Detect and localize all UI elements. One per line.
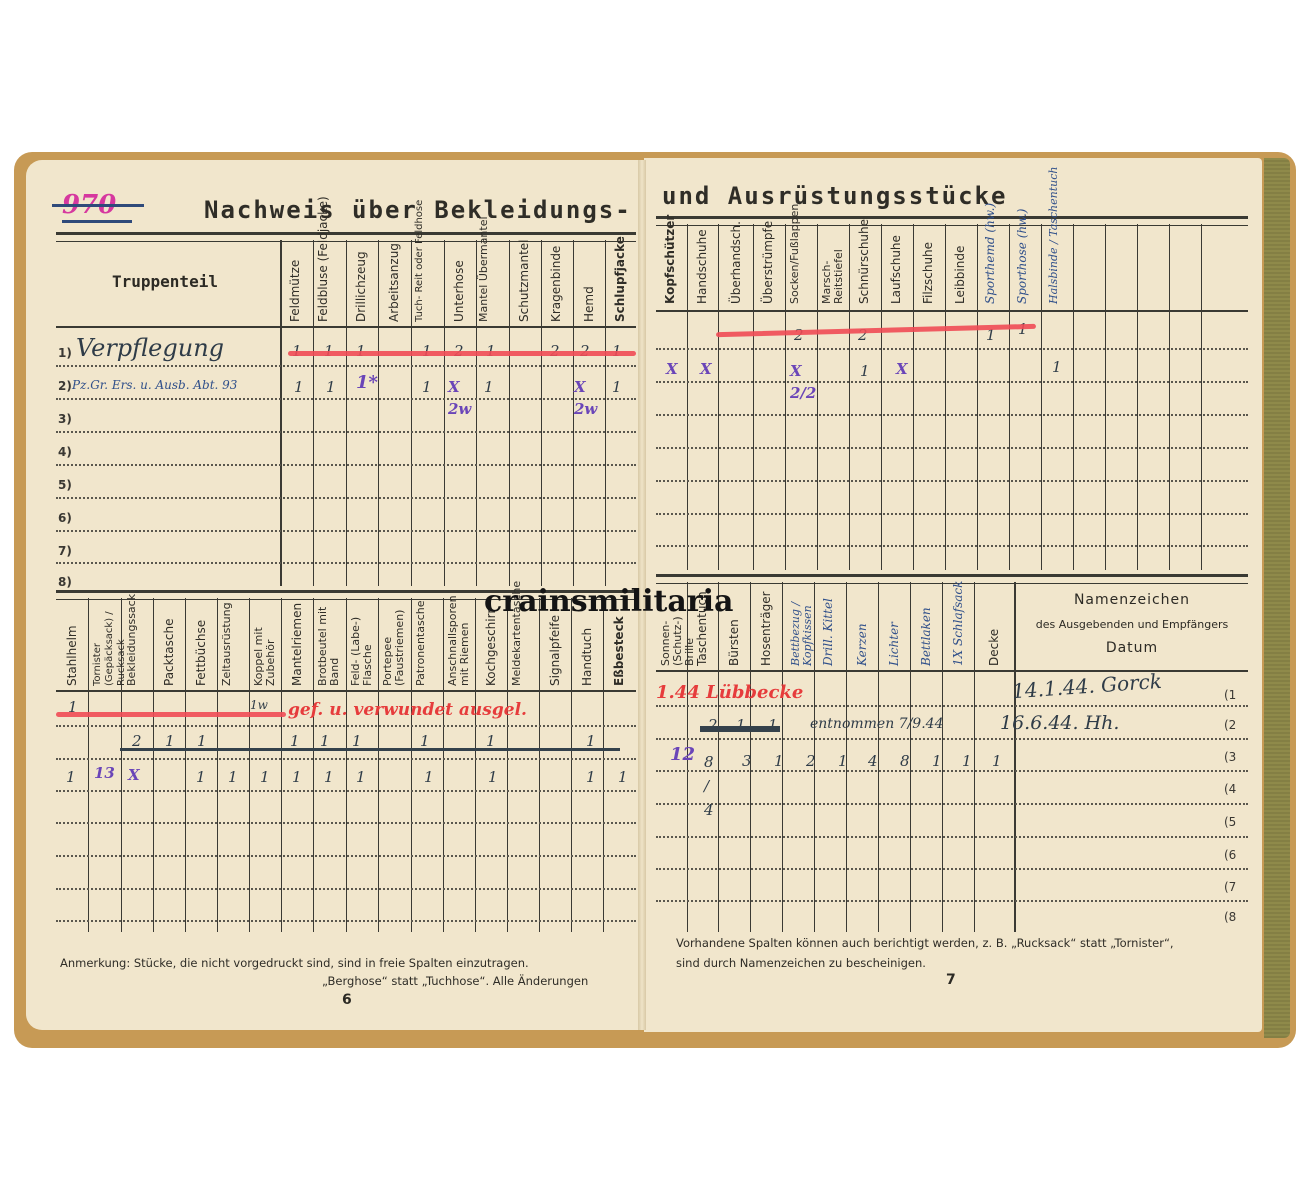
handwritten-column-header: 1X Schlafsack xyxy=(952,530,964,666)
column-divider xyxy=(313,598,314,932)
column-header: Kopfschützer xyxy=(664,232,676,304)
cell-value: 1 xyxy=(962,752,972,770)
cell-value: 2 xyxy=(806,752,816,770)
footnote: Anmerkung: Stücke, die nicht vorgedruckt… xyxy=(60,956,529,970)
cell-value: 3 xyxy=(742,752,752,770)
column-header: Handschuhe xyxy=(696,232,708,304)
header-rule xyxy=(656,216,1248,226)
row-line xyxy=(656,900,1248,902)
cell-value: X xyxy=(896,360,908,378)
cell-value: 1w xyxy=(250,698,268,712)
corner-number-strike xyxy=(52,204,144,207)
row-label: (4 xyxy=(1224,782,1236,796)
cell-value: 1 xyxy=(196,768,206,786)
row-label: (2 xyxy=(1224,718,1236,732)
cell-value: X xyxy=(666,360,678,378)
row-line xyxy=(656,414,1248,416)
column-divider xyxy=(346,598,347,932)
column-divider xyxy=(153,598,154,932)
column-divider xyxy=(1014,582,1016,932)
column-header: Feldbluse (Feldjacke) xyxy=(317,246,329,322)
row-line xyxy=(656,868,1248,870)
column-divider xyxy=(378,598,379,932)
handwritten-column-header: Kerzen xyxy=(856,586,868,666)
row-label: (7 xyxy=(1224,880,1236,894)
row-label: (6 xyxy=(1224,848,1236,862)
cell-value: 1 xyxy=(618,768,628,786)
column-divider xyxy=(977,224,978,570)
column-header: Brotbeutel mit Band xyxy=(317,600,341,686)
row-label: (5 xyxy=(1224,815,1236,829)
footnote: „Berghose“ statt „Tuchhose“. Alle Änderu… xyxy=(322,974,588,988)
column-header: Überhandsch. xyxy=(730,232,742,304)
column-divider xyxy=(1073,224,1074,570)
cell-value: 1 xyxy=(260,768,270,786)
row-line xyxy=(56,920,636,922)
column-divider xyxy=(88,598,89,932)
cell-value: 1 xyxy=(484,378,494,396)
row-line xyxy=(56,497,636,499)
row-line xyxy=(56,855,636,857)
column-divider xyxy=(443,598,444,932)
column-divider xyxy=(878,582,879,932)
column-divider xyxy=(1105,224,1106,570)
truppenteil-header: Truppenteil xyxy=(112,272,218,291)
column-divider xyxy=(378,240,379,586)
cell-value: X xyxy=(700,360,712,378)
column-divider xyxy=(571,598,572,932)
column-divider xyxy=(1201,224,1202,570)
cell-value: 1 xyxy=(932,752,942,770)
row-line xyxy=(656,803,1248,805)
footnote: sind durch Namenzeichen zu bescheinigen. xyxy=(676,956,926,970)
column-divider xyxy=(974,582,975,932)
cell-value: 1 xyxy=(838,752,848,770)
row-line xyxy=(656,348,1248,350)
column-divider xyxy=(785,224,786,570)
corner-number-strike xyxy=(62,220,132,223)
column-divider xyxy=(605,240,606,586)
red-strikethrough xyxy=(288,351,636,356)
column-header: Bekleidungssack xyxy=(126,600,150,686)
column-header: Stahlhelm xyxy=(66,600,78,686)
column-header: Marsch-Reitstiefel xyxy=(821,232,845,304)
row-line xyxy=(656,705,1248,707)
cell-value: 1 xyxy=(228,768,238,786)
column-divider xyxy=(541,240,542,586)
column-divider xyxy=(281,598,282,932)
column-divider xyxy=(346,240,347,586)
column-header: Unterhose xyxy=(453,246,465,322)
column-header: Tornister (Gepäcksack) / Rucksack xyxy=(92,600,118,686)
column-divider xyxy=(603,598,604,932)
column-divider xyxy=(913,224,914,570)
row-line xyxy=(656,381,1248,383)
column-divider xyxy=(718,224,719,570)
cell-value: 1 xyxy=(356,768,366,786)
row-line xyxy=(56,725,636,727)
row-line xyxy=(56,365,636,367)
handwritten-column-header: Lichter xyxy=(888,586,900,666)
column-header: Schlupfjacke xyxy=(614,246,626,322)
handwritten-column-header: Sporthemd (hw.) xyxy=(984,200,996,304)
watermark: crainsmilitaria xyxy=(484,584,733,619)
handwritten-column-header: Drill. Kittel xyxy=(822,576,834,666)
handwritten-annotation: gef. u. verwundet ausgel. xyxy=(288,700,527,720)
row-line xyxy=(656,770,1248,772)
column-header: Koppel mit Zubehör xyxy=(253,600,277,686)
column-header: Socken/Fußlappen xyxy=(789,232,813,304)
row-line xyxy=(56,464,636,466)
row-line xyxy=(56,530,636,532)
row-line xyxy=(56,431,636,433)
row-line xyxy=(56,758,636,760)
row-line xyxy=(656,480,1248,482)
column-divider xyxy=(185,598,186,932)
row-line xyxy=(656,447,1248,449)
row-label: (8 xyxy=(1224,910,1236,924)
column-header: Drillichzeug xyxy=(355,246,367,322)
footnote: Vorhandene Spalten können auch berichtig… xyxy=(676,936,1174,950)
row-line xyxy=(56,888,636,890)
column-divider xyxy=(280,240,282,586)
row-label: 4) xyxy=(58,445,72,459)
column-divider xyxy=(1041,224,1042,570)
row-line xyxy=(56,790,636,792)
header-rule xyxy=(656,310,1248,312)
row-label: 5) xyxy=(58,478,72,492)
column-divider xyxy=(881,224,882,570)
signature-header: Datum xyxy=(1016,640,1248,656)
column-header: Arbeitsanzug xyxy=(388,246,400,322)
handwritten-column-header: Bettbezug / Kopfkissen xyxy=(790,576,814,666)
signature-header: Namenzeichen xyxy=(1016,592,1248,608)
column-divider xyxy=(1009,224,1010,570)
cell-value: 1 xyxy=(424,768,434,786)
column-header: Mantelriemen xyxy=(291,600,303,686)
cell-value: X 2w xyxy=(448,376,476,420)
column-header: Mantel Übermantel xyxy=(478,246,490,322)
cell-value: 1 xyxy=(326,378,336,396)
cell-value: 1* xyxy=(356,372,378,393)
handwritten-column-header: Halsbinde / Taschentuch xyxy=(1048,164,1060,304)
cell-value: 1 xyxy=(586,768,596,786)
column-divider xyxy=(849,224,850,570)
handwritten-column-header: Sporthose (hw.) xyxy=(1016,190,1028,304)
book-spine xyxy=(1264,158,1290,1038)
handwritten-unit: Pz.Gr. Ers. u. Ausb. Abt. 93 xyxy=(72,378,237,392)
row-label: 2) xyxy=(58,379,72,393)
column-divider xyxy=(945,224,946,570)
column-divider xyxy=(539,598,540,932)
row-line xyxy=(56,398,636,400)
column-divider xyxy=(718,582,719,932)
cell-value: 4 xyxy=(868,752,878,770)
row-label: (1 xyxy=(1224,688,1236,702)
dark-strikethrough xyxy=(700,726,780,732)
column-divider xyxy=(444,240,445,586)
column-divider xyxy=(942,582,943,932)
row-label: (3 xyxy=(1224,750,1236,764)
cell-value: 1 xyxy=(66,768,76,786)
red-strikethrough xyxy=(56,712,286,717)
page-number: 7 xyxy=(946,972,956,988)
cell-value: 13 xyxy=(94,764,115,782)
column-header: Kragenbinde xyxy=(550,246,562,322)
row-label: 1) xyxy=(58,346,72,360)
column-divider xyxy=(313,240,314,586)
row-line xyxy=(656,836,1248,838)
column-header: Zeltausrüstung xyxy=(221,600,245,686)
handwritten-unit: Verpflegung xyxy=(76,334,224,362)
row-label: 8) xyxy=(58,575,72,589)
cell-value: 1 xyxy=(860,362,870,380)
column-divider xyxy=(217,598,218,932)
cell-value: 1 xyxy=(292,768,302,786)
column-divider xyxy=(249,598,250,932)
column-header: Portepee (Faustriemen) xyxy=(382,600,406,686)
column-header: Schnürschuhe xyxy=(858,232,870,304)
column-header: Decke xyxy=(988,630,1000,666)
column-divider xyxy=(687,224,688,570)
column-divider xyxy=(817,224,818,570)
handwritten-annotation: entnommen 7/9.44 xyxy=(810,716,943,732)
cell-value: 8 xyxy=(900,752,910,770)
handwritten-annotation: 1.44 Lübbecke xyxy=(656,682,803,703)
column-divider xyxy=(753,224,754,570)
column-header: Patronentasche xyxy=(415,600,439,686)
column-divider xyxy=(507,598,508,932)
column-header: Hosenträger xyxy=(760,586,772,666)
column-header: Packtasche xyxy=(163,600,175,686)
row-label: 6) xyxy=(58,511,72,525)
cell-value: 1 xyxy=(488,768,498,786)
row-line xyxy=(656,513,1248,515)
cell-value: 1 xyxy=(992,752,1002,770)
page-number: 6 xyxy=(342,992,352,1008)
column-divider xyxy=(475,598,476,932)
column-header: Laufschuhe xyxy=(890,232,902,304)
column-divider xyxy=(509,240,510,586)
signature: 16.6.44. Hh. xyxy=(1000,712,1119,734)
cell-value: 12 xyxy=(670,744,695,765)
handwritten-column-header: Bettlaken xyxy=(920,586,932,666)
dark-strikethrough xyxy=(120,748,620,751)
signature-header: des Ausgebenden und Empfängers xyxy=(1016,618,1248,631)
column-header: Fettbüchse xyxy=(195,600,207,686)
right-page-title: und Ausrüstungsstücke xyxy=(662,182,1007,210)
cell-value: 1 xyxy=(1052,358,1062,376)
row-line xyxy=(656,738,1248,740)
cell-value: 8 / 4 xyxy=(704,750,718,822)
column-divider xyxy=(910,582,911,932)
row-line xyxy=(56,822,636,824)
column-header: Schutzmantel xyxy=(518,246,530,322)
cell-value: X 2/2 xyxy=(790,360,816,404)
row-label: 3) xyxy=(58,412,72,426)
column-header: Filzschuhe xyxy=(922,232,934,304)
column-header: Tuch- Reit oder Feldhose xyxy=(414,246,426,322)
cell-value: X xyxy=(128,766,140,784)
cell-value: 1 xyxy=(774,752,784,770)
column-divider xyxy=(1169,224,1170,570)
cell-value: 1 xyxy=(422,378,432,396)
column-header: Überstrümpfe xyxy=(762,232,774,304)
row-label: 7) xyxy=(58,544,72,558)
column-header: Hemd xyxy=(583,246,595,322)
cell-value: 1 xyxy=(324,768,334,786)
column-header: Feldmütze xyxy=(289,246,301,322)
column-header: Feld- (Labe-) Flasche xyxy=(350,600,374,686)
column-header: Anschnallsporen mit Riemen xyxy=(447,600,471,686)
column-header: Leibbinde xyxy=(954,232,966,304)
column-divider xyxy=(411,240,412,586)
cell-value: X 2w xyxy=(574,376,602,420)
cell-value: 1 xyxy=(612,378,622,396)
column-divider xyxy=(411,598,412,932)
cell-value: 1 xyxy=(294,378,304,396)
row-line xyxy=(56,562,636,564)
column-divider xyxy=(1137,224,1138,570)
